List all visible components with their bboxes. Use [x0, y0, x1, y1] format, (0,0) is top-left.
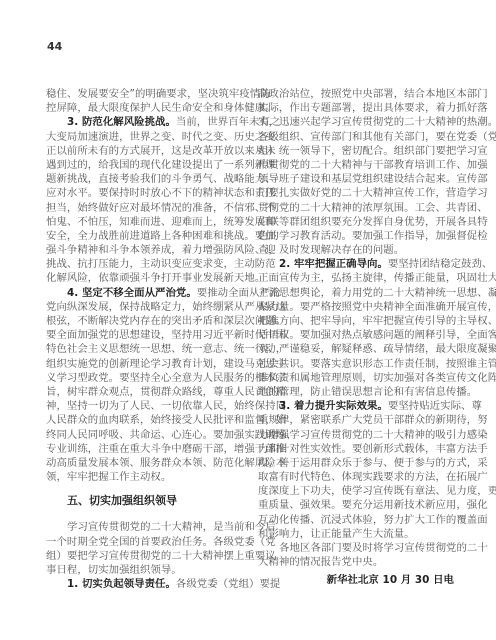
paragraph-start: 3. 着力提升实际效果。要坚持贴近实际、尊: [258, 399, 456, 413]
text-line: 力增强学习宣传贯彻党的二十大精神的吸引力感染: [258, 428, 456, 442]
text-line: 学习宣传贯彻党的二十大精神，是当前和今后: [46, 520, 244, 534]
text-line: 高政治站位，按照党中央部署，结合本地区本部门: [258, 87, 456, 101]
text-line: 话语权。要加强对热点敏感问题的阐释引导，全面客: [258, 328, 456, 342]
text-line: 稳住、发展要安全”的明确要求，坚决筑牢疫情防: [46, 87, 244, 101]
text-line: 门要扎实做好党的二十大精神宣传工作，营造学习: [258, 186, 456, 200]
text-line: 要全面加强党的思想建设，坚持用习近平新时代中国: [46, 328, 244, 342]
page-number: 44: [47, 40, 62, 53]
left-column: 稳住、发展要安全”的明确要求，坚决筑牢疫情防 控屏障，最大限度保护人民生命安全和…: [46, 87, 244, 591]
paragraph-start: 1. 切实负起领导责任。各级党委（党组）要提: [46, 577, 244, 591]
text-line: 化解风险，依靠顽强斗争打开事业发展新天地。: [46, 271, 244, 285]
paragraph-title: 4. 坚定不移全面从严治党。: [67, 287, 197, 299]
text-line: 义学习型政党。要坚持全心全意为人民服务的根本宗: [46, 371, 244, 385]
right-column: 高政治站位，按照党中央部署，结合本地区本部门 实际，作出专题部署，提出具体要求，…: [258, 87, 456, 588]
text-line: 题新挑战，直接考验我们的斗争勇气、战略能力、: [46, 172, 244, 186]
section-heading: 五、切实加强组织领导: [46, 494, 244, 508]
text-line: 主流思想舆论，着力用党的二十大精神统一思想、凝: [258, 286, 456, 300]
text-line: 妇联等群团组织要充分发挥自身优势，开展各具特: [258, 215, 456, 229]
text-line: 领，牢牢把握工作主动权。: [46, 470, 244, 484]
text-line: 旨，树牢群众观点，贯彻群众路线，尊重人民首创精: [46, 385, 244, 399]
text-line: 控屏障，最大限度保护人民生命安全和身体健康。: [46, 101, 244, 115]
text-line: 动高质量发展本领、服务群众本领、防范化解风险本: [46, 456, 244, 470]
paragraph-title: 3. 着力提升实际效果。: [279, 400, 388, 412]
paragraph-start: 3. 防范化解风险挑战。当前，世界百年未有之: [46, 115, 244, 129]
text-line: 神，坚持一切为了人民、一切依靠人民，始终保持同: [46, 399, 244, 413]
text-line: 谁负责和属地管理原则，切实加强对各类宣传文化阵: [258, 371, 456, 385]
text-line: 专业训练，注重在重大斗争中磨砺干部，增强干部推: [46, 442, 244, 456]
text-line: 人民群众的血肉联系，始终接受人民批评和监督，始: [46, 413, 244, 427]
text-line: 实，迅速兴起学习宣传贯彻党的二十大精神的热潮。: [258, 115, 456, 129]
text-line: 观、严谨稳妥，解疑释惑、疏导情绪，最大限度凝聚: [258, 342, 456, 356]
text-line: 担当，始终做好应对最坏情况的准备，不信邪、不: [46, 201, 244, 215]
text-line: 地的管理，防止错误思想言论和有害信息传播。: [258, 385, 456, 399]
text-line: 组）要把学习宣传贯彻党的二十大精神摆上重要议: [46, 549, 244, 563]
text-line: 和影响力，让正能量产生大流量。: [258, 527, 456, 541]
text-line: 各地区各部门要及时将学习宣传贯彻党的二十: [258, 541, 456, 555]
text-line: 组）统一领导下，密切配合。组织部门要把学习宣: [258, 144, 456, 158]
text-line: 领导班子建设和基层党组织建设结合起来。宣传部: [258, 172, 456, 186]
text-line: 互动化传播、沉浸式体验，努力扩大工作的覆盖面: [258, 513, 456, 527]
text-line: 力和针对性实效性。要创新形式载体，丰富方法手: [258, 442, 456, 456]
text-line: 强斗争精神和斗争本领养成，着力增强防风险、迎: [46, 243, 244, 257]
text-line: 安全，全力战胜前进道路上各种困难和挑战。要加: [46, 229, 244, 243]
text-line: 挑战、抗打压能力，主动识变应变求变，主动防范: [46, 257, 244, 271]
text-line: 把准方向、把牢导向，牢牢把握宣传引导的主导权、: [258, 314, 456, 328]
text-line: 实际，作出专题部署，提出具体要求，着力抓好落: [258, 101, 456, 115]
paragraph-start: 2. 牢牢把握正确导向。要坚持团结稳定鼓劲、: [258, 257, 456, 271]
text-line: 事日程，切实加强组织领导。: [46, 563, 244, 577]
text-line: 应对水平。要保持时时放心不下的精神状态和责任: [46, 186, 244, 200]
text-line: 传贯彻党的二十大精神与干部教育培训工作、加强: [258, 158, 456, 172]
text-line: 正以前所未有的方式展开，这是改革开放以来从未: [46, 144, 244, 158]
paragraph-start: 4. 坚定不移全面从严治党。要推动全面从严治: [46, 286, 244, 300]
text-line: 终同人民同呼吸、共命运、心连心。要加强实践锻炼、: [46, 428, 244, 442]
text-span: 要坚持团结稳定鼓劲、: [388, 258, 492, 270]
text-line: 大变局加速演进，世界之变、时代之变、历史之变: [46, 130, 244, 144]
byline: 新华社北京 10 月 30 日电: [258, 573, 456, 587]
text-line: 重质量、强效果。要充分运用新技术新应用，强化: [258, 498, 456, 512]
text-line: 一个时期全党全国的首要政治任务。各级党委（党: [46, 535, 244, 549]
text-line: 根弦，不断解决党内存在的突出矛盾和深层次问题。: [46, 314, 244, 328]
text-line: 各级组织、宣传部门和其他有关部门，要在党委（党: [258, 130, 456, 144]
text-line: 遇到过的，给我国的现代化建设提出了一系列新课: [46, 158, 244, 172]
paragraph-title: 1. 切实负起领导责任。: [67, 578, 176, 590]
paragraph-title: 3. 防范化解风险挑战。: [67, 116, 176, 128]
text-line: 贯彻党的二十大精神的浓厚氛围。工会、共青团、: [258, 201, 456, 215]
text-line: 取富有时代特色、体现实践要求的方法，在拓展广: [258, 470, 456, 484]
text-line: 查，及时发现解决存在的问题。: [258, 243, 456, 257]
text-line: 色的学习教育活动。要加强工作指导，加强督促检: [258, 229, 456, 243]
text-line: 社会共识。要落实意识形态工作责任制，按照谁主管: [258, 357, 456, 371]
paragraph-title: 2. 牢牢把握正确导向。: [279, 258, 388, 270]
text-line: 段，善于运用群众乐于参与、便于参与的方式，采: [258, 456, 456, 470]
text-line: 组织实施党的创新理论学习教育计划，建设马克思主: [46, 357, 244, 371]
text-line: 度深度上下功夫，使学习宣传既有章法、见力度，更: [258, 484, 456, 498]
text-line: 正面宣传为主，弘扬主旋律，传播正能量，巩固壮大: [258, 271, 456, 285]
text-line: 怕鬼、不怕压，知难而进、迎难而上，统筹发展和: [46, 215, 244, 229]
text-line: 大精神的情况报告党中央。: [258, 555, 456, 569]
text-span: 要坚持贴近实际、尊: [388, 400, 482, 412]
text-line: 党向纵深发展，保持战略定力，始终绷紧从严从紧这: [46, 300, 244, 314]
text-line: 重规律，紧密联系广大党员干部群众的新期待，努: [258, 413, 456, 427]
text-line: 特色社会主义思想统一思想、统一意志、统一行动，: [46, 342, 244, 356]
text-line: 聚力量。要严格按照党中央精神全面准确开展宣传，: [258, 300, 456, 314]
